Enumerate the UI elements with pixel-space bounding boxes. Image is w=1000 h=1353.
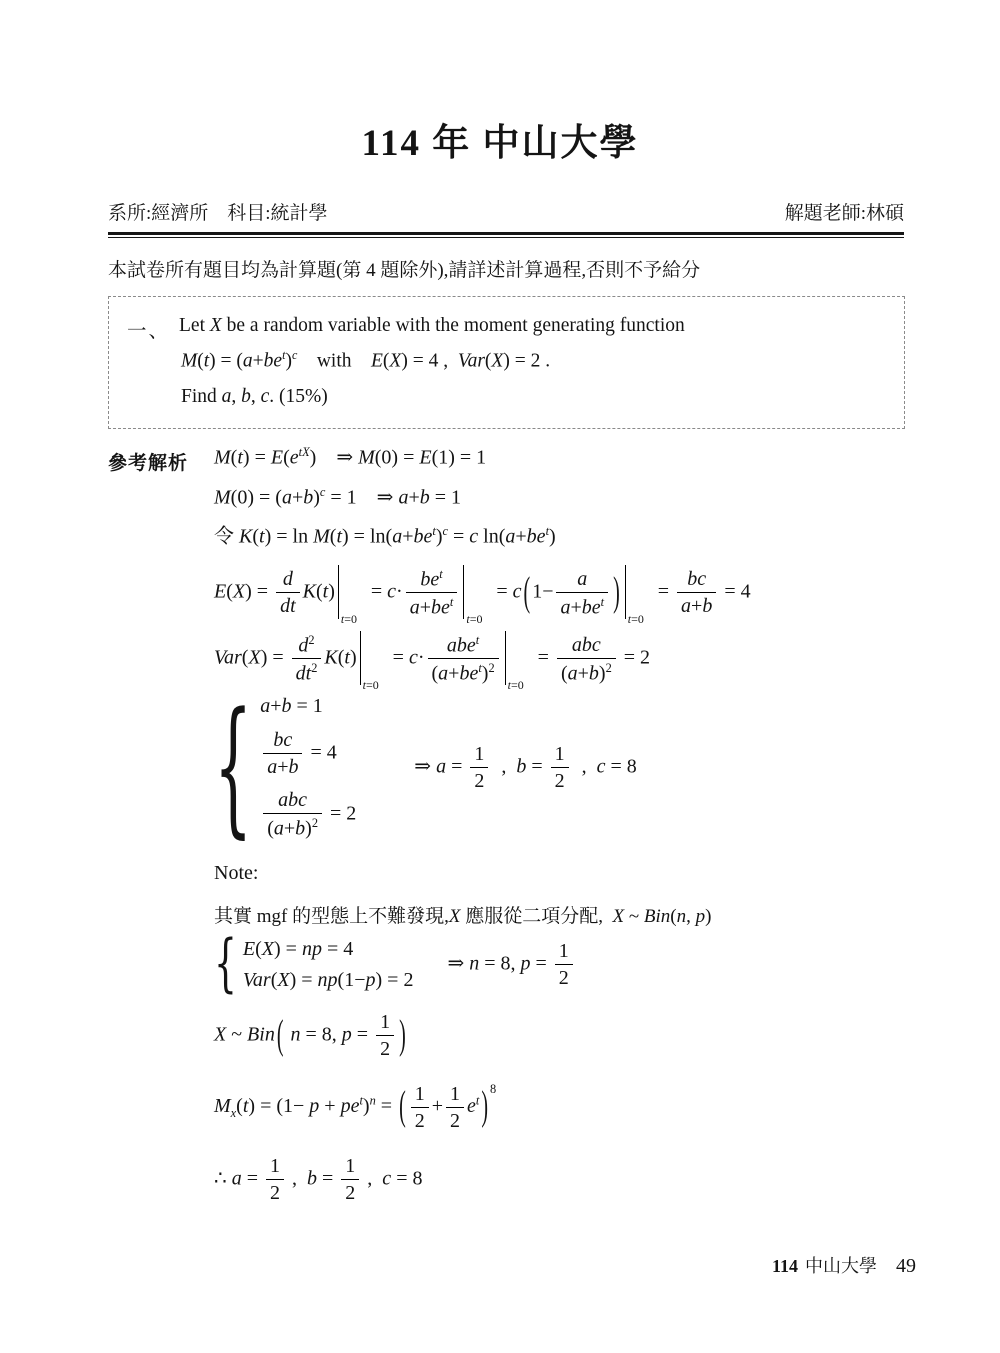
question-line-3: Find a, b, c. (15%): [181, 386, 888, 408]
math-line-conclusion: ∴ a = 12 , b = 12 , c = 8: [214, 1156, 960, 1204]
system-2-rows: E(X) = np = 4 Var(X) = np(1−p) = 2: [243, 938, 414, 992]
left-brace: {: [214, 934, 237, 997]
department-subject: 系所:經濟所 科目:統計學: [108, 198, 328, 225]
question-formula: M(t) = (a+bet)c with E(X) = 4 , Var(X) =…: [181, 348, 888, 373]
math-line-cumulant: 令 K(t) = ln M(t) = ln(a+bet)c = c ln(a+b…: [214, 524, 960, 550]
system-2-row: E(X) = np = 4: [243, 938, 414, 961]
question-content: Let X be a random variable with the mome…: [179, 315, 888, 408]
double-rule-divider: [108, 232, 904, 238]
equation-system-1: { a+b = 1 bca+b = 4 abc(a+b)2 = 2 ⇒ a = …: [214, 695, 960, 840]
math-line-variance: Var(X) = d2dt2K(t)t=0 = c·abet(a+bet)2t=…: [214, 633, 960, 685]
math-line-m0: M(0) = (a+b)c = 1 ⇒ a+b = 1: [214, 485, 960, 511]
page-footer: 114 中山大學 49: [772, 1252, 916, 1278]
system-1-rows: a+b = 1 bca+b = 4 abc(a+b)2 = 2: [260, 695, 356, 840]
system-1-row: abc(a+b)2 = 2: [260, 790, 356, 840]
solver-name: 解題老師:林碩: [785, 198, 904, 225]
system-1-row: a+b = 1: [260, 695, 356, 718]
solution-body: M(t) = E(etX) ⇒ M(0) = E(1) = 1 M(0) = (…: [214, 445, 960, 1204]
equation-system-2: { E(X) = np = 4 Var(X) = np(1−p) = 2 ⇒ n…: [214, 938, 960, 992]
math-line-binomial: X ~ Bin( n = 8, p = 12): [214, 1012, 960, 1060]
header-row: 系所:經濟所 科目:統計學 解題老師:林碩: [108, 198, 904, 225]
left-brace: {: [214, 694, 252, 841]
footer-school: 中山大學: [805, 1252, 877, 1278]
question-line-1: Let X be a random variable with the mome…: [179, 315, 888, 337]
note-label: Note:: [214, 862, 960, 885]
math-line-mgf-def: M(t) = E(etX) ⇒ M(0) = E(1) = 1: [214, 445, 960, 471]
footer-page-number: 49: [896, 1255, 916, 1278]
math-line-expectation: E(X) = ddtK(t)t=0 = c·beta+bett=0 = c(1−…: [214, 567, 960, 619]
exam-instruction: 本試卷所有題目均為計算題(第 4 題除外),請詳述計算過程,否則不予給分: [108, 255, 904, 282]
system-2-row: Var(X) = np(1−p) = 2: [243, 969, 414, 992]
math-line-binomial-mgf: Mx(t) = (1− p + pet)n = (12+12et)8: [214, 1082, 960, 1132]
solution-section: 參考解析 M(t) = E(etX) ⇒ M(0) = E(1) = 1 M(0…: [108, 445, 960, 1204]
system-2-result: ⇒ n = 8, p = 12: [447, 941, 575, 989]
question-box: 一、 Let X be a random variable with the m…: [108, 296, 905, 429]
question-number: 一、: [123, 315, 179, 408]
footer-year: 114: [772, 1256, 798, 1277]
page-title: 114 年 中山大學: [0, 0, 1000, 166]
note-text: 其實 mgf 的型態上不難發現,X 應服從二項分配, X ~ Bin(n, p): [214, 901, 960, 928]
system-1-row: bca+b = 4: [260, 730, 356, 778]
system-1-result: ⇒ a = 12 , b = 12 , c = 8: [414, 744, 637, 792]
solution-label: 參考解析: [108, 445, 214, 1204]
exam-solution-page: 114 年 中山大學 系所:經濟所 科目:統計學 解題老師:林碩 本試卷所有題目…: [0, 0, 1000, 1353]
question-row: 一、 Let X be a random variable with the m…: [123, 315, 888, 408]
